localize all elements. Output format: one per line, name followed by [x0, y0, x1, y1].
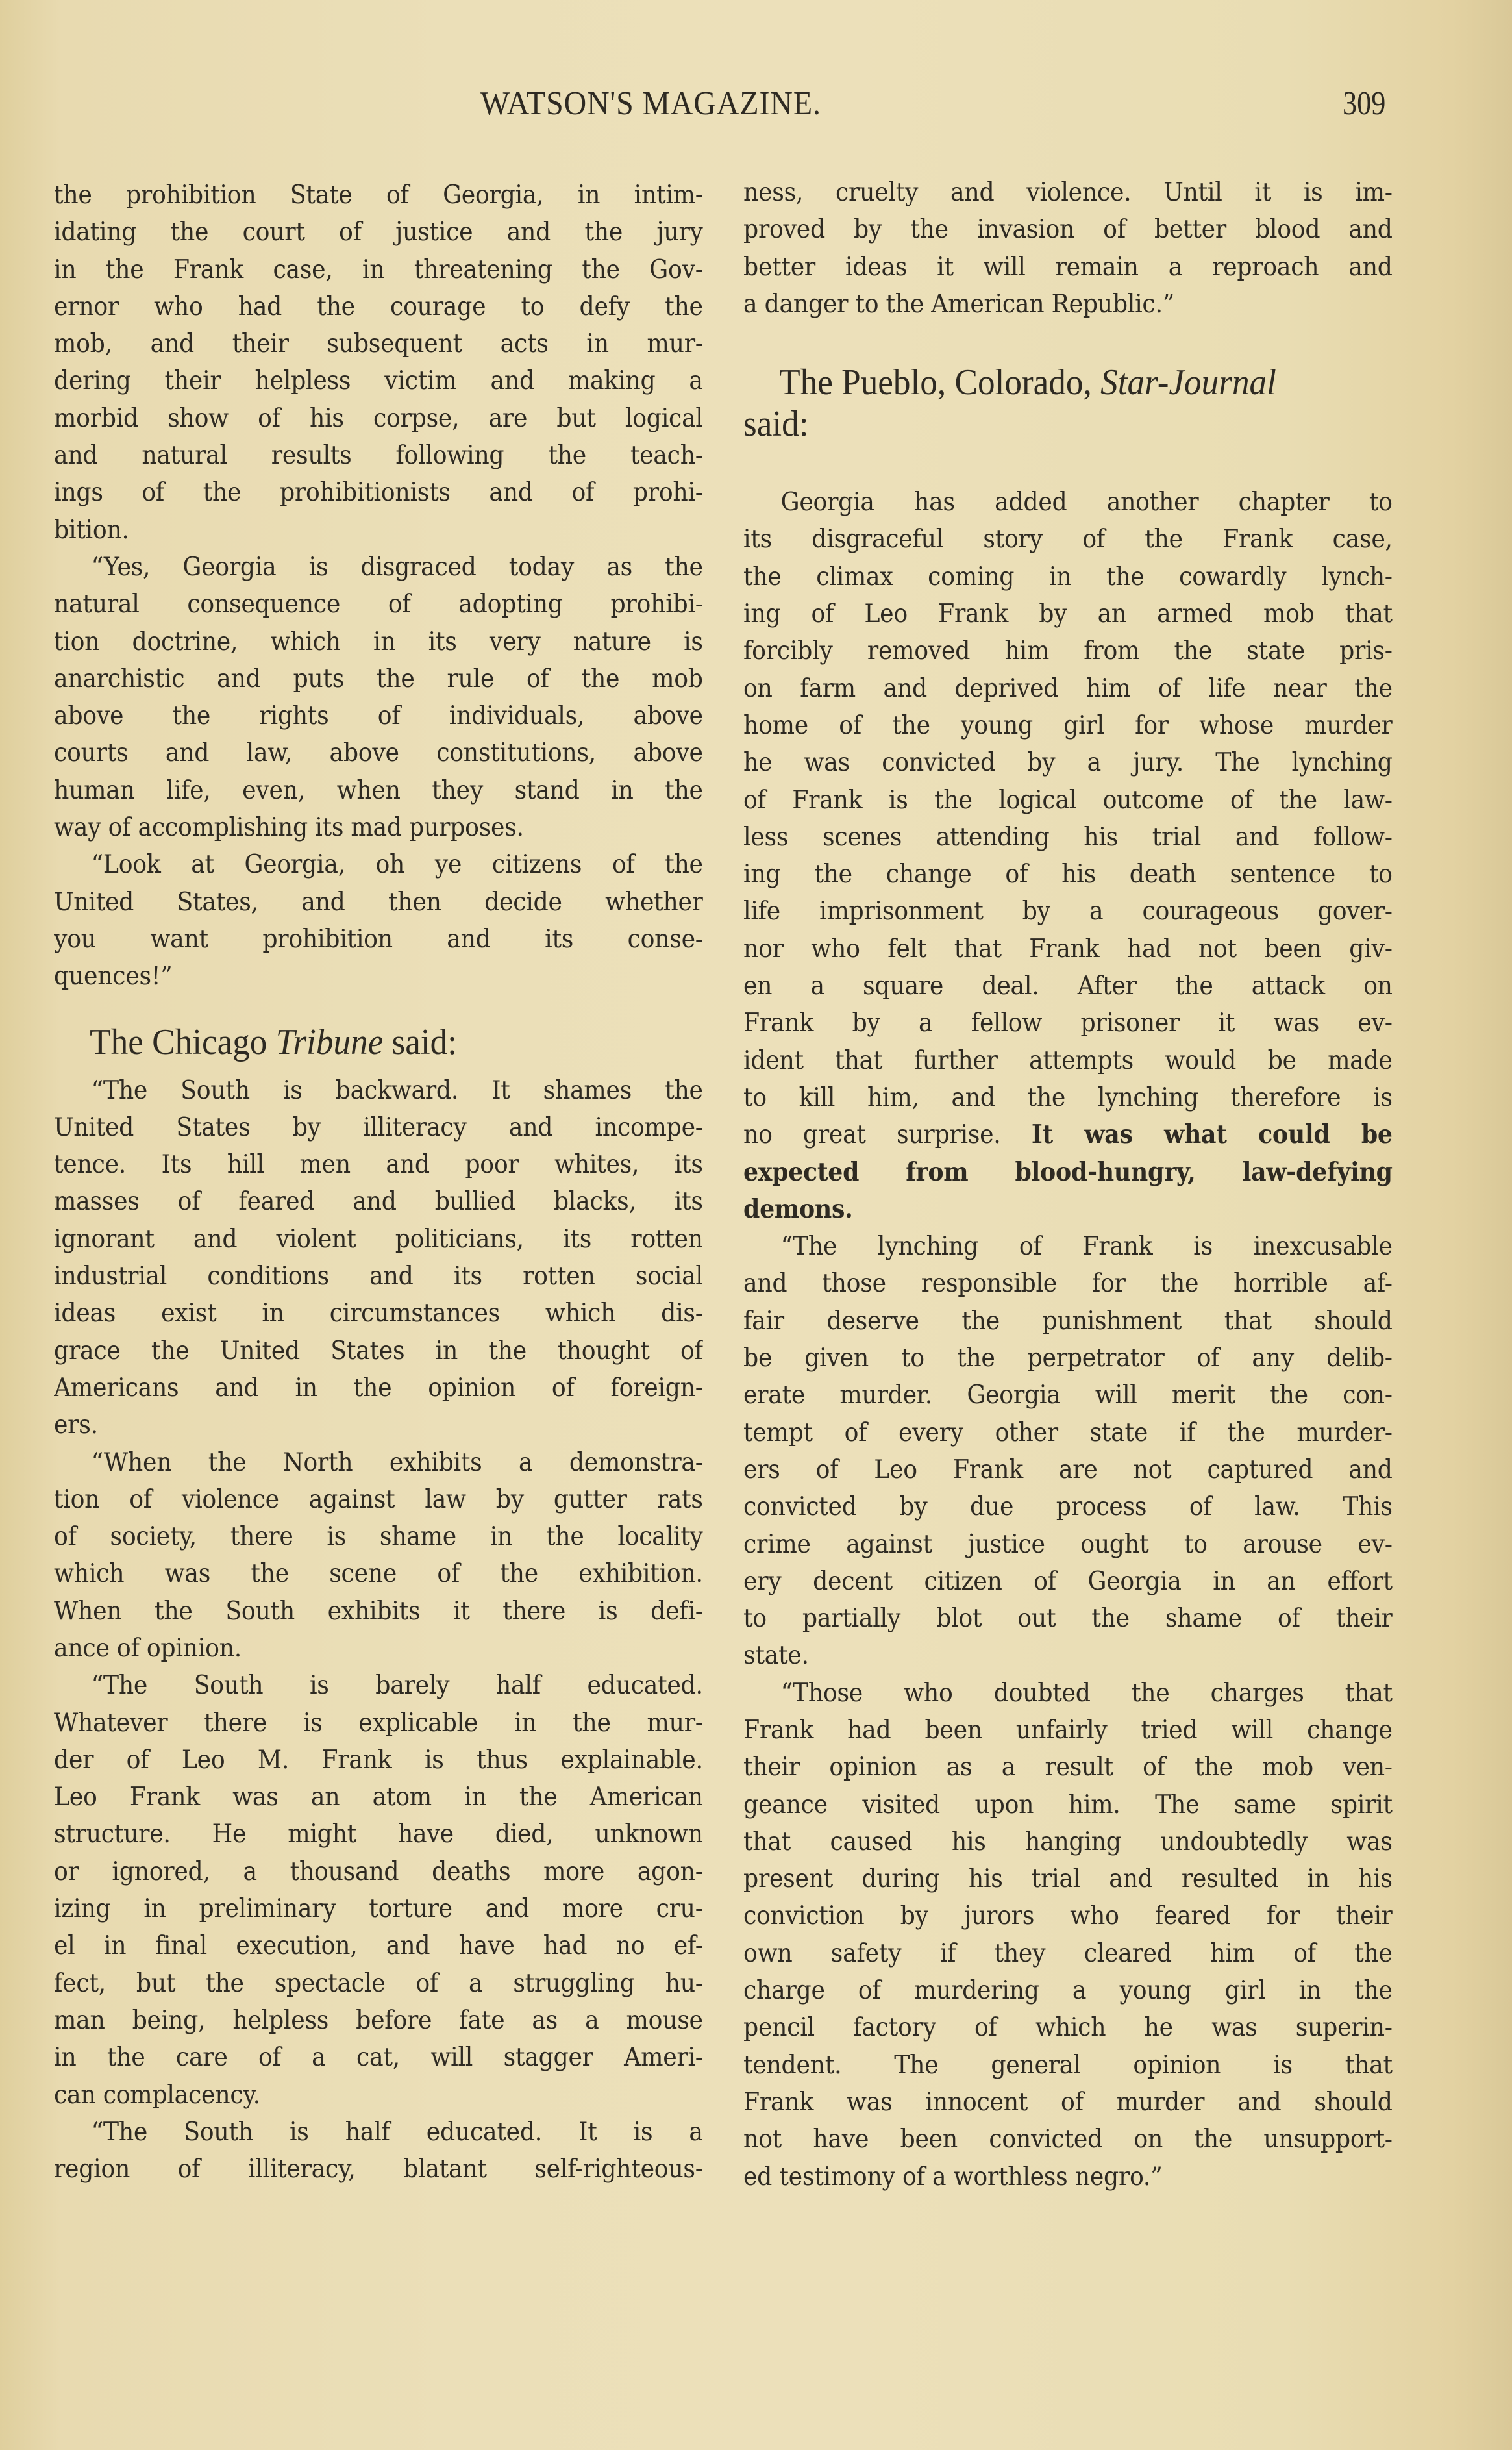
text-line: life imprisonment by a courageous gover-: [743, 893, 1393, 930]
publication-name: Star-Journal: [1100, 362, 1276, 403]
text-line: on farm and deprived him of life near th…: [743, 670, 1393, 707]
text-line: “Look at Georgia, oh ye citizens of the: [54, 846, 703, 883]
text-line: “The South is half educated. It is a: [54, 2114, 703, 2151]
heading-line: said:: [743, 403, 1360, 445]
text-line: ing the change of his death sentence to: [743, 856, 1393, 893]
text-line: Frank was innocent of murder and should: [743, 2084, 1393, 2121]
text-line: “The South is backward. It shames the: [54, 1072, 703, 1109]
paragraph-republic-continued: ness, cruelty and violence. Until it is …: [743, 174, 1393, 323]
text-line: en a square deal. After the attack on: [743, 968, 1393, 1005]
text-line: When the South exhibits it there is defi…: [54, 1593, 703, 1630]
text-line: man being, helpless before fate as a mou…: [54, 2002, 703, 2039]
running-title: WATSON'S MAGAZINE.: [480, 84, 821, 123]
text-line: fect, but the spectacle of a struggling …: [54, 1965, 703, 2002]
text-line: region of illiteracy, blatant self-right…: [54, 2151, 703, 2188]
text-line: ignorant and violent politicians, its ro…: [54, 1221, 703, 1258]
text-line: in the care of a cat, will stagger Ameri…: [54, 2039, 703, 2076]
text-line: convicted by due process of law. This: [743, 1488, 1393, 1525]
text-line: masses of feared and bullied blacks, its: [54, 1183, 703, 1220]
text-line: he was convicted by a jury. The lynching: [743, 744, 1393, 781]
paragraph-barely-half-educated: “The South is barely half educated. What…: [54, 1667, 703, 2114]
text-line: tempt of every other state if the murder…: [743, 1414, 1393, 1451]
text-line: the climax coming in the cowardly lynch-: [743, 558, 1393, 595]
text-line: ery decent citizen of Georgia in an effo…: [743, 1563, 1393, 1600]
text-line: their opinion as a result of the mob ven…: [743, 1749, 1393, 1786]
text-line: United States, and then decide whether: [54, 884, 703, 921]
text-line: “When the North exhibits a demonstra-: [54, 1444, 703, 1481]
text-line: conviction by jurors who feared for thei…: [743, 1897, 1393, 1934]
text-line: can complacency.: [54, 2077, 703, 2114]
text-line: tion doctrine, which in its very nature …: [54, 623, 703, 660]
text-line: Georgia has added another chapter to: [743, 484, 1393, 521]
text-line: geance visited upon him. The same spirit: [743, 1786, 1393, 1823]
text-line: ideas exist in circumstances which dis-: [54, 1295, 703, 1332]
text-line: tendent. The general opinion is that: [743, 2047, 1393, 2084]
text-line: which was the scene of the exhibition.: [54, 1555, 703, 1592]
text-line: industrial conditions and its rotten soc…: [54, 1258, 703, 1295]
paragraph-those-who-doubted: “Those who doubted the charges that Fran…: [743, 1675, 1393, 2195]
text-line: to kill him, and the lynching therefore …: [743, 1079, 1393, 1116]
text-line: natural consequence of adopting prohibi-: [54, 586, 703, 623]
text-span: no great surprise.: [743, 1120, 1032, 1149]
heading-line: The Pueblo, Colorado, Star-Journal: [743, 362, 1360, 403]
text-line: home of the young girl for whose murder: [743, 707, 1393, 744]
text-line: pencil factory of which he was superin-: [743, 2009, 1393, 2046]
text-line: a danger to the American Republic.”: [743, 286, 1393, 323]
text-line: ident that further attempts would be mad…: [743, 1042, 1393, 1079]
text-line: its disgraceful story of the Frank case,: [743, 521, 1393, 558]
paragraph-look-at-georgia: “Look at Georgia, oh ye citizens of the …: [54, 846, 703, 995]
paragraph-georgia-added-chapter: Georgia has added another chapter to its…: [743, 484, 1393, 1228]
text-line: human life, even, when they stand in the: [54, 772, 703, 809]
text-line: in the Frank case, in threatening the Go…: [54, 251, 703, 288]
text-line: present during his trial and resulted in…: [743, 1860, 1393, 1897]
text-line: mob, and their subsequent acts in mur-: [54, 325, 703, 362]
paragraph-south-backward: “The South is backward. It shames the Un…: [54, 1072, 703, 1444]
text-line: tence. Its hill men and poor whites, its: [54, 1146, 703, 1183]
text-line: ers of Leo Frank are not captured and: [743, 1451, 1393, 1488]
text-line: way of accomplishing its mad purposes.: [54, 809, 703, 846]
text-line: of Frank is the logical outcome of the l…: [743, 782, 1393, 819]
text-line-bold: demons.: [743, 1191, 1393, 1228]
text-line: “Those who doubted the charges that: [743, 1675, 1393, 1712]
text-line: fair deserve the punishment that should: [743, 1303, 1393, 1340]
text-line: Whatever there is explicable in the mur-: [54, 1705, 703, 1742]
paragraph-prohibition-continued: the prohibition State of Georgia, in int…: [54, 177, 703, 549]
text-line: proved by the invasion of better blood a…: [743, 211, 1393, 248]
text-line: ance of opinion.: [54, 1630, 703, 1667]
text-line: state.: [743, 1637, 1393, 1674]
bold-text-span: It was what could be: [1032, 1119, 1393, 1149]
text-line: courts and law, above constitutions, abo…: [54, 734, 703, 771]
text-line: of society, there is shame in the locali…: [54, 1518, 703, 1555]
text-line: el in final execution, and have had no e…: [54, 1927, 703, 1964]
right-column: ness, cruelty and violence. Until it is …: [743, 174, 1393, 2195]
text-line: dering their helpless victim and making …: [54, 362, 703, 399]
text-line: der of Leo M. Frank is thus explainable.: [54, 1742, 703, 1779]
publication-name: Tribune: [276, 1022, 384, 1062]
text-line: not have been convicted on the unsupport…: [743, 2121, 1393, 2158]
text-line: ernor who had the courage to defy the: [54, 288, 703, 325]
left-column: the prohibition State of Georgia, in int…: [54, 177, 703, 2188]
text-line: ness, cruelty and violence. Until it is …: [743, 174, 1393, 211]
text-line: morbid show of his corpse, are but logic…: [54, 400, 703, 437]
text-line: above the rights of individuals, above: [54, 697, 703, 734]
text-line: that caused his hanging undoubtedly was: [743, 1823, 1393, 1860]
text-line: United States by illiteracy and incompe-: [54, 1109, 703, 1146]
text-line: “The lynching of Frank is inexcusable: [743, 1228, 1393, 1265]
text-line: the prohibition State of Georgia, in int…: [54, 177, 703, 214]
text-line-mixed: no great surprise. It was what could be: [743, 1116, 1393, 1153]
text-line: tion of violence against law by gutter r…: [54, 1481, 703, 1518]
text-line: and natural results following the teach-: [54, 437, 703, 474]
text-line: “Yes, Georgia is disgraced today as the: [54, 549, 703, 586]
text-line: ed testimony of a worthless negro.”: [743, 2158, 1393, 2195]
text-line: ing of Leo Frank by an armed mob that: [743, 595, 1393, 632]
text-line: better ideas it will remain a reproach a…: [743, 249, 1393, 286]
paragraph-half-educated: “The South is half educated. It is a reg…: [54, 2114, 703, 2188]
text-line-bold: expected from blood-hungry, law-defying: [743, 1154, 1393, 1191]
text-line: anarchistic and puts the rule of the mob: [54, 660, 703, 697]
text-line: Frank by a fellow prisoner it was ev-: [743, 1005, 1393, 1042]
text-line: less scenes attending his trial and foll…: [743, 819, 1393, 856]
heading-text: The Chicago: [90, 1022, 276, 1062]
page-number: 309: [1343, 84, 1385, 123]
text-line: Frank had been unfairly tried will chang…: [743, 1712, 1393, 1749]
heading-text: said:: [383, 1022, 457, 1062]
text-line: own safety if they cleared him of the: [743, 1935, 1393, 1972]
text-line: forcibly removed him from the state pris…: [743, 632, 1393, 669]
text-line: idating the court of justice and the jur…: [54, 214, 703, 251]
text-line: “The South is barely half educated.: [54, 1667, 703, 1704]
text-line: grace the United States in the thought o…: [54, 1332, 703, 1369]
text-line: bition.: [54, 512, 703, 549]
section-heading-pueblo-star-journal: The Pueblo, Colorado, Star-Journal said:: [743, 362, 1393, 445]
paragraph-lynching-inexcusable: “The lynching of Frank is inexcusable an…: [743, 1228, 1393, 1675]
paragraph-georgia-disgraced: “Yes, Georgia is disgraced today as the …: [54, 549, 703, 846]
text-line: Americans and in the opinion of foreign-: [54, 1369, 703, 1406]
text-line: be given to the perpetrator of any delib…: [743, 1340, 1393, 1377]
page-header: WATSON'S MAGAZINE. 309: [0, 84, 1512, 136]
text-line: Leo Frank was an atom in the American: [54, 1779, 703, 1816]
heading-text: The Pueblo, Colorado,: [779, 362, 1100, 403]
text-line: ers.: [54, 1406, 703, 1444]
text-line: nor who felt that Frank had not been giv…: [743, 931, 1393, 968]
paragraph-north-exhibits: “When the North exhibits a demonstra- ti…: [54, 1444, 703, 1668]
text-line: ings of the prohibitionists and of prohi…: [54, 474, 703, 511]
text-line: quences!”: [54, 958, 703, 995]
text-line: you want prohibition and its conse-: [54, 921, 703, 958]
text-line: to partially blot out the shame of their: [743, 1600, 1393, 1637]
text-line: charge of murdering a young girl in the: [743, 1972, 1393, 2009]
text-line: or ignored, a thousand deaths more agon-: [54, 1853, 703, 1890]
text-line: erate murder. Georgia will merit the con…: [743, 1377, 1393, 1414]
text-line: and those responsible for the horrible a…: [743, 1265, 1393, 1302]
text-line: structure. He might have died, unknown: [54, 1816, 703, 1853]
text-line: crime against justice ought to arouse ev…: [743, 1526, 1393, 1563]
section-heading-chicago-tribune: The Chicago Tribune said:: [54, 1021, 671, 1063]
text-line: izing in preliminary torture and more cr…: [54, 1890, 703, 1927]
